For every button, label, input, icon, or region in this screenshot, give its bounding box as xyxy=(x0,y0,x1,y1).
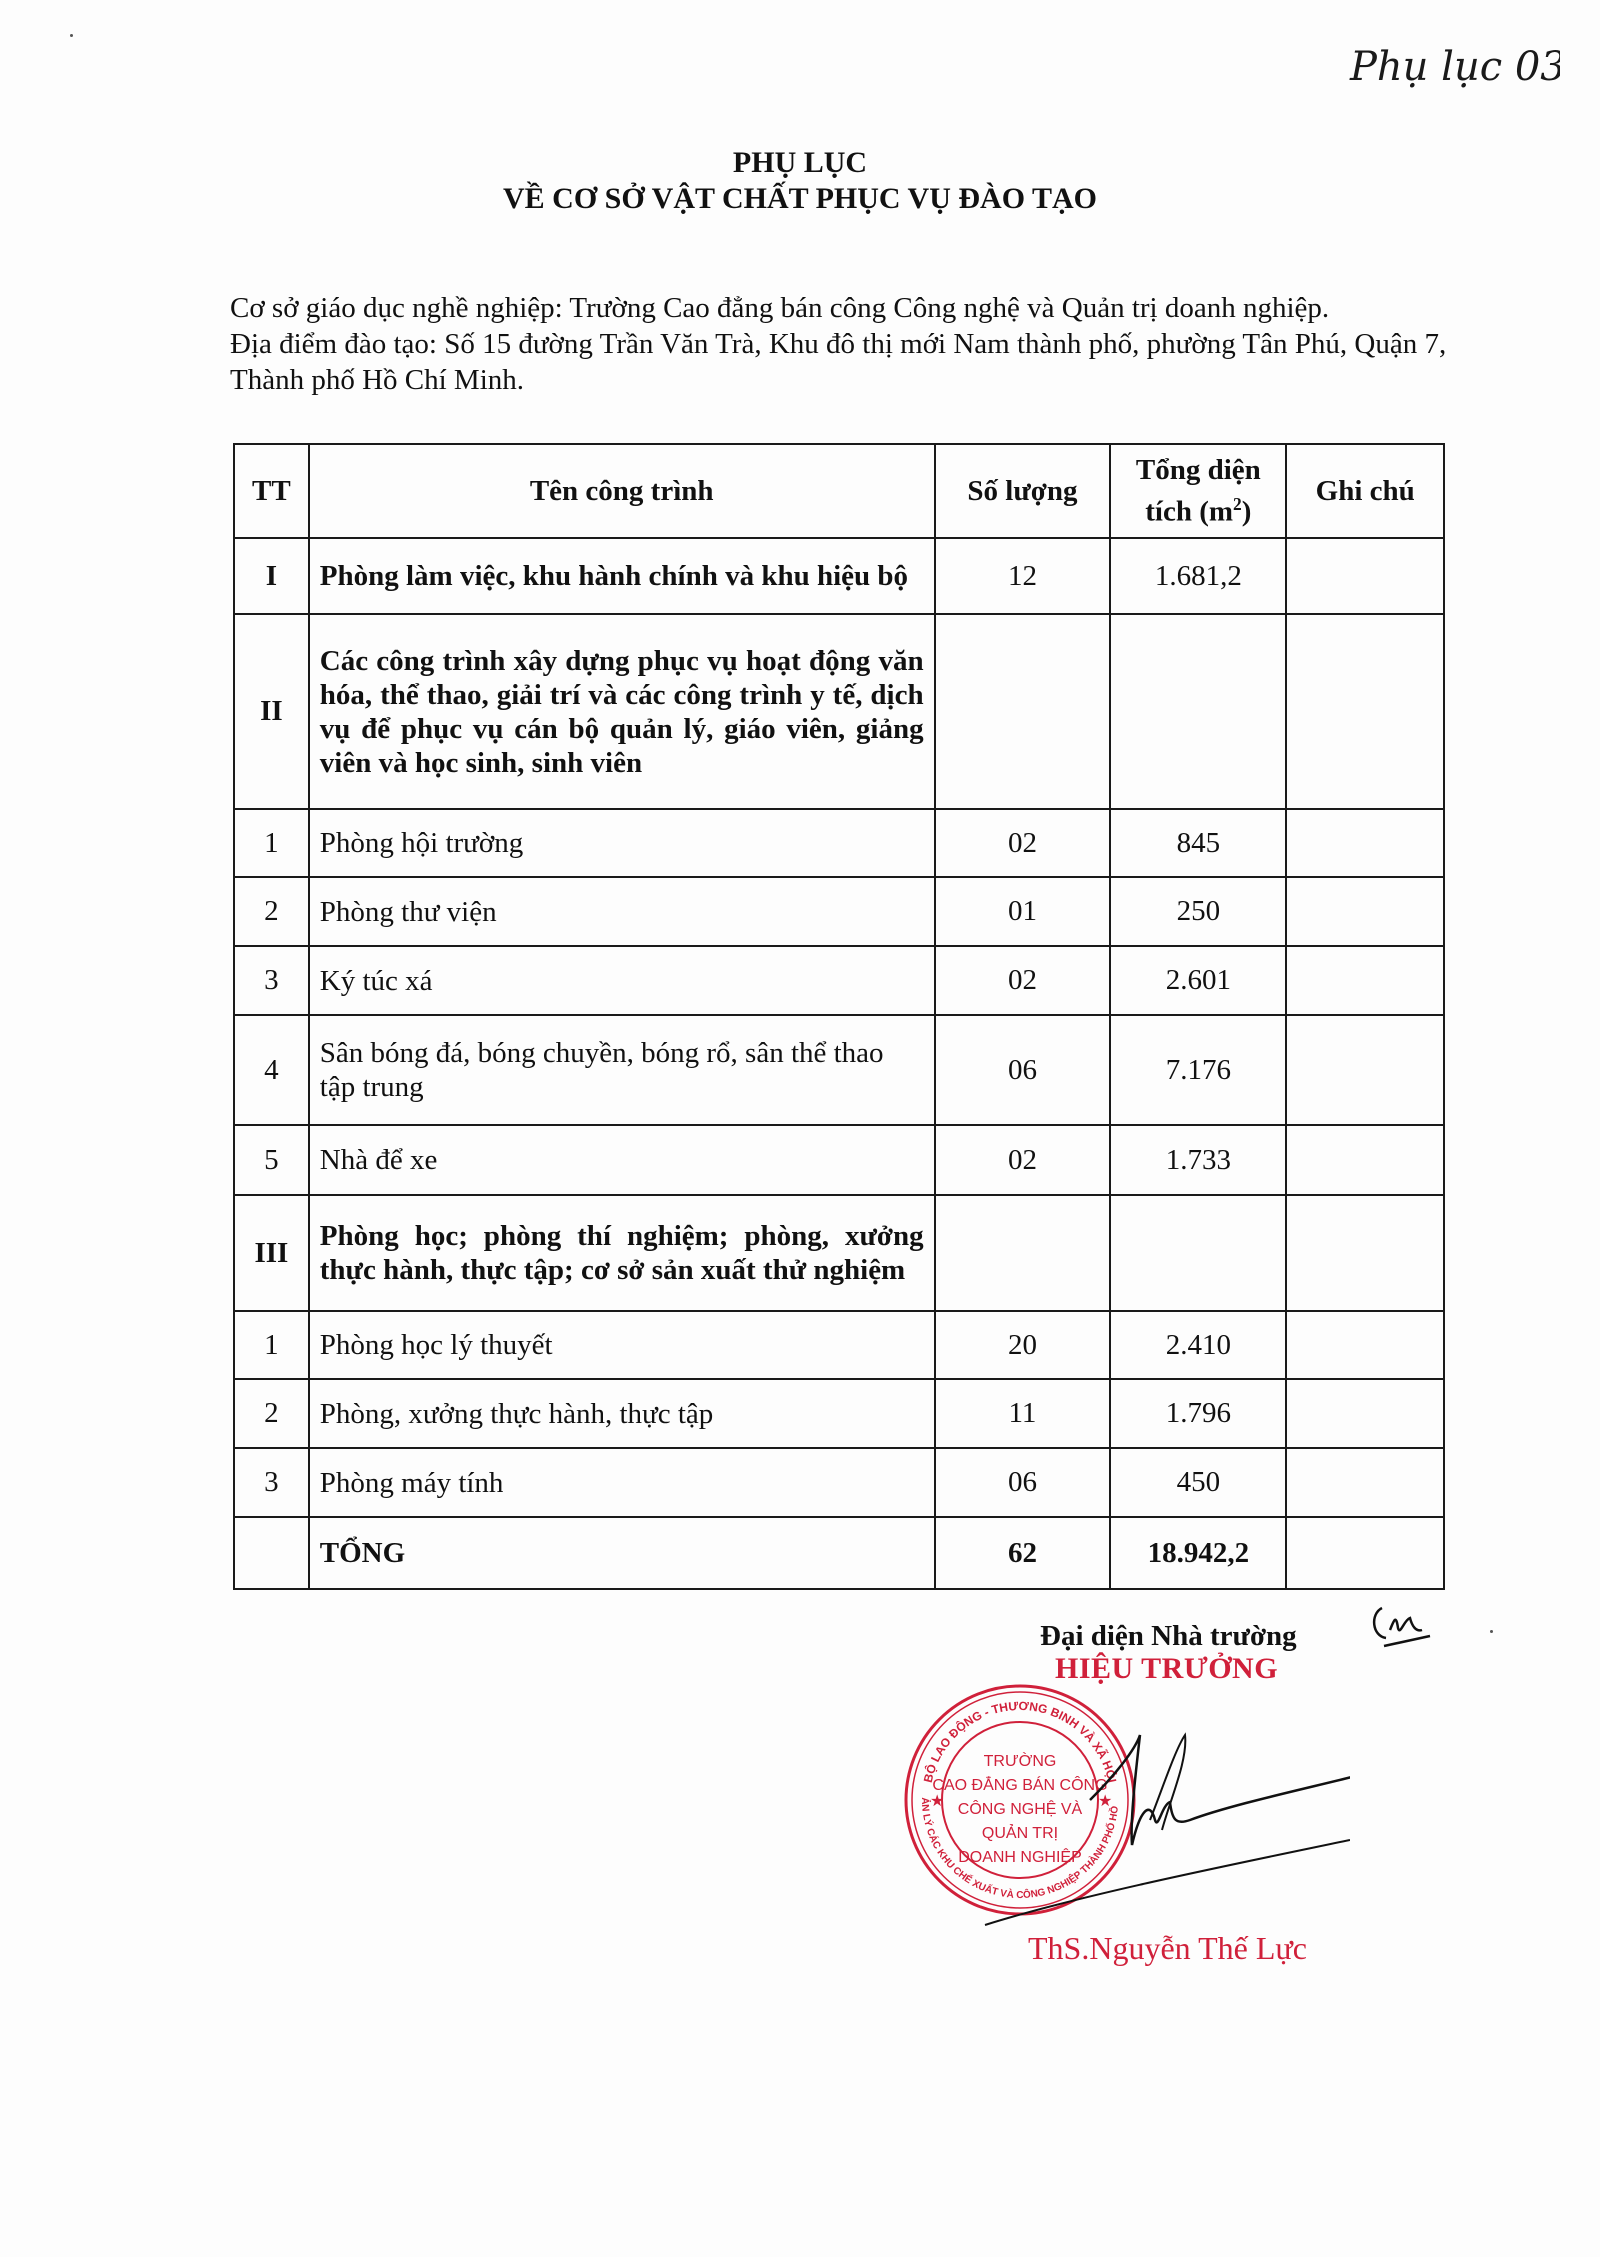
representative-label: Đại diện Nhà trường xyxy=(1040,1620,1297,1653)
row-number: 2 xyxy=(234,1379,309,1448)
facility-note xyxy=(1286,877,1444,946)
facility-note xyxy=(1286,1379,1444,1448)
facility-note xyxy=(1286,809,1444,877)
facility-quantity: 02 xyxy=(935,809,1111,877)
facility-note xyxy=(1286,1125,1444,1195)
table-section-row: IIIPhòng học; phòng thí nghiệm; phòng, x… xyxy=(234,1195,1444,1311)
title-line-1: PHỤ LỤC xyxy=(0,145,1600,181)
total-area: 18.942,2 xyxy=(1110,1517,1286,1589)
header-quantity: Số lượng xyxy=(935,444,1111,538)
facility-quantity: 20 xyxy=(935,1311,1111,1379)
scan-speck xyxy=(70,34,73,37)
table-row: 2Phòng thư viện01250 xyxy=(234,877,1444,946)
facility-name: Phòng hội trường xyxy=(309,809,935,877)
svg-text:Phụ lục 03: Phụ lục 03 xyxy=(1349,44,1560,90)
header-note: Ghi chú xyxy=(1286,444,1444,538)
row-number: 4 xyxy=(234,1015,309,1125)
facility-quantity: 01 xyxy=(935,877,1111,946)
facility-area: 1.796 xyxy=(1110,1379,1286,1448)
total-label: TỔNG xyxy=(309,1517,935,1589)
facility-area: 2.410 xyxy=(1110,1311,1286,1379)
table-section-row: IICác công trình xây dựng phục vụ hoạt đ… xyxy=(234,614,1444,809)
row-number: 1 xyxy=(234,809,309,877)
table-header-row: TT Tên công trình Số lượng Tổng diện tíc… xyxy=(234,444,1444,538)
facility-name: Phòng học lý thuyết xyxy=(309,1311,935,1379)
table-row: 3Phòng máy tính06450 xyxy=(234,1448,1444,1517)
facility-note xyxy=(1286,1311,1444,1379)
table-row: 3Ký túc xá022.601 xyxy=(234,946,1444,1015)
facility-quantity: 06 xyxy=(935,1015,1111,1125)
table-row: 1Phòng hội trường02845 xyxy=(234,809,1444,877)
facility-name: Phòng thư viện xyxy=(309,877,935,946)
row-number: 5 xyxy=(234,1125,309,1195)
row-number: 1 xyxy=(234,1311,309,1379)
facility-name: Nhà để xe xyxy=(309,1125,935,1195)
facility-quantity: 11 xyxy=(935,1379,1111,1448)
row-number: 3 xyxy=(234,946,309,1015)
row-number: III xyxy=(234,1195,309,1311)
facility-area: 450 xyxy=(1110,1448,1286,1517)
facility-quantity xyxy=(935,1195,1111,1311)
facility-quantity xyxy=(935,614,1111,809)
facility-quantity: 12 xyxy=(935,538,1111,614)
table-body: IPhòng làm việc, khu hành chính và khu h… xyxy=(234,538,1444,1589)
table-row: 5Nhà để xe021.733 xyxy=(234,1125,1444,1195)
facility-note xyxy=(1286,1015,1444,1125)
facility-note xyxy=(1286,946,1444,1015)
facility-name: Các công trình xây dựng phục vụ hoạt độn… xyxy=(309,614,935,809)
row-number: 3 xyxy=(234,1448,309,1517)
facility-name: Phòng, xưởng thực hành, thực tập xyxy=(309,1379,935,1448)
location-line: Địa điểm đào tạo: Số 15 đường Trần Văn T… xyxy=(230,326,1450,398)
header-area: Tổng diện tích (m2) xyxy=(1110,444,1286,538)
facility-note xyxy=(1286,1448,1444,1517)
header-tt: TT xyxy=(234,444,309,538)
signer-name: ThS.Nguyễn Thế Lực xyxy=(1028,1930,1307,1967)
facility-area xyxy=(1110,1195,1286,1311)
facility-quantity: 02 xyxy=(935,946,1111,1015)
facility-name: Ký túc xá xyxy=(309,946,935,1015)
facility-area: 1.681,2 xyxy=(1110,538,1286,614)
total-number xyxy=(234,1517,309,1589)
handwritten-note: Phụ lục 03 xyxy=(1340,30,1560,100)
row-number: I xyxy=(234,538,309,614)
facility-area: 2.601 xyxy=(1110,946,1286,1015)
row-number: 2 xyxy=(234,877,309,946)
header-name: Tên công trình xyxy=(309,444,935,538)
signature-block: Đại diện Nhà trường HIỆU TRƯỞNG BỘ LAO Đ… xyxy=(900,1600,1500,2000)
handwritten-signature xyxy=(900,1680,1350,1930)
facility-area: 1.733 xyxy=(1110,1125,1286,1195)
facility-quantity: 02 xyxy=(935,1125,1111,1195)
facility-area: 250 xyxy=(1110,877,1286,946)
table-row: 1Phòng học lý thuyết202.410 xyxy=(234,1311,1444,1379)
facilities-table: TT Tên công trình Số lượng Tổng diện tíc… xyxy=(233,443,1445,1590)
facility-quantity: 06 xyxy=(935,1448,1111,1517)
facility-area: 7.176 xyxy=(1110,1015,1286,1125)
table-section-row: IPhòng làm việc, khu hành chính và khu h… xyxy=(234,538,1444,614)
table-row: 2Phòng, xưởng thực hành, thực tập111.796 xyxy=(234,1379,1444,1448)
facility-name: Phòng máy tính xyxy=(309,1448,935,1517)
institution-line: Cơ sở giáo dục nghề nghiệp: Trường Cao đ… xyxy=(230,290,1450,326)
table-total-row: TỔNG6218.942,2 xyxy=(234,1517,1444,1589)
facility-area: 845 xyxy=(1110,809,1286,877)
document-title: PHỤ LỤC VỀ CƠ SỞ VẬT CHẤT PHỤC VỤ ĐÀO TẠ… xyxy=(0,145,1600,217)
intro-section: Cơ sở giáo dục nghề nghiệp: Trường Cao đ… xyxy=(230,290,1450,398)
facility-note xyxy=(1286,1195,1444,1311)
facility-area xyxy=(1110,614,1286,809)
total-quantity: 62 xyxy=(935,1517,1111,1589)
total-note xyxy=(1286,1517,1444,1589)
facility-name: Sân bóng đá, bóng chuyền, bóng rổ, sân t… xyxy=(309,1015,935,1125)
facility-note xyxy=(1286,614,1444,809)
facility-name: Phòng làm việc, khu hành chính và khu hi… xyxy=(309,538,935,614)
title-line-2: VỀ CƠ SỞ VẬT CHẤT PHỤC VỤ ĐÀO TẠO xyxy=(0,181,1600,217)
row-number: II xyxy=(234,614,309,809)
initials-mark xyxy=(1360,1600,1440,1660)
facility-name: Phòng học; phòng thí nghiệm; phòng, xưởn… xyxy=(309,1195,935,1311)
facility-note xyxy=(1286,538,1444,614)
table-row: 4Sân bóng đá, bóng chuyền, bóng rổ, sân … xyxy=(234,1015,1444,1125)
